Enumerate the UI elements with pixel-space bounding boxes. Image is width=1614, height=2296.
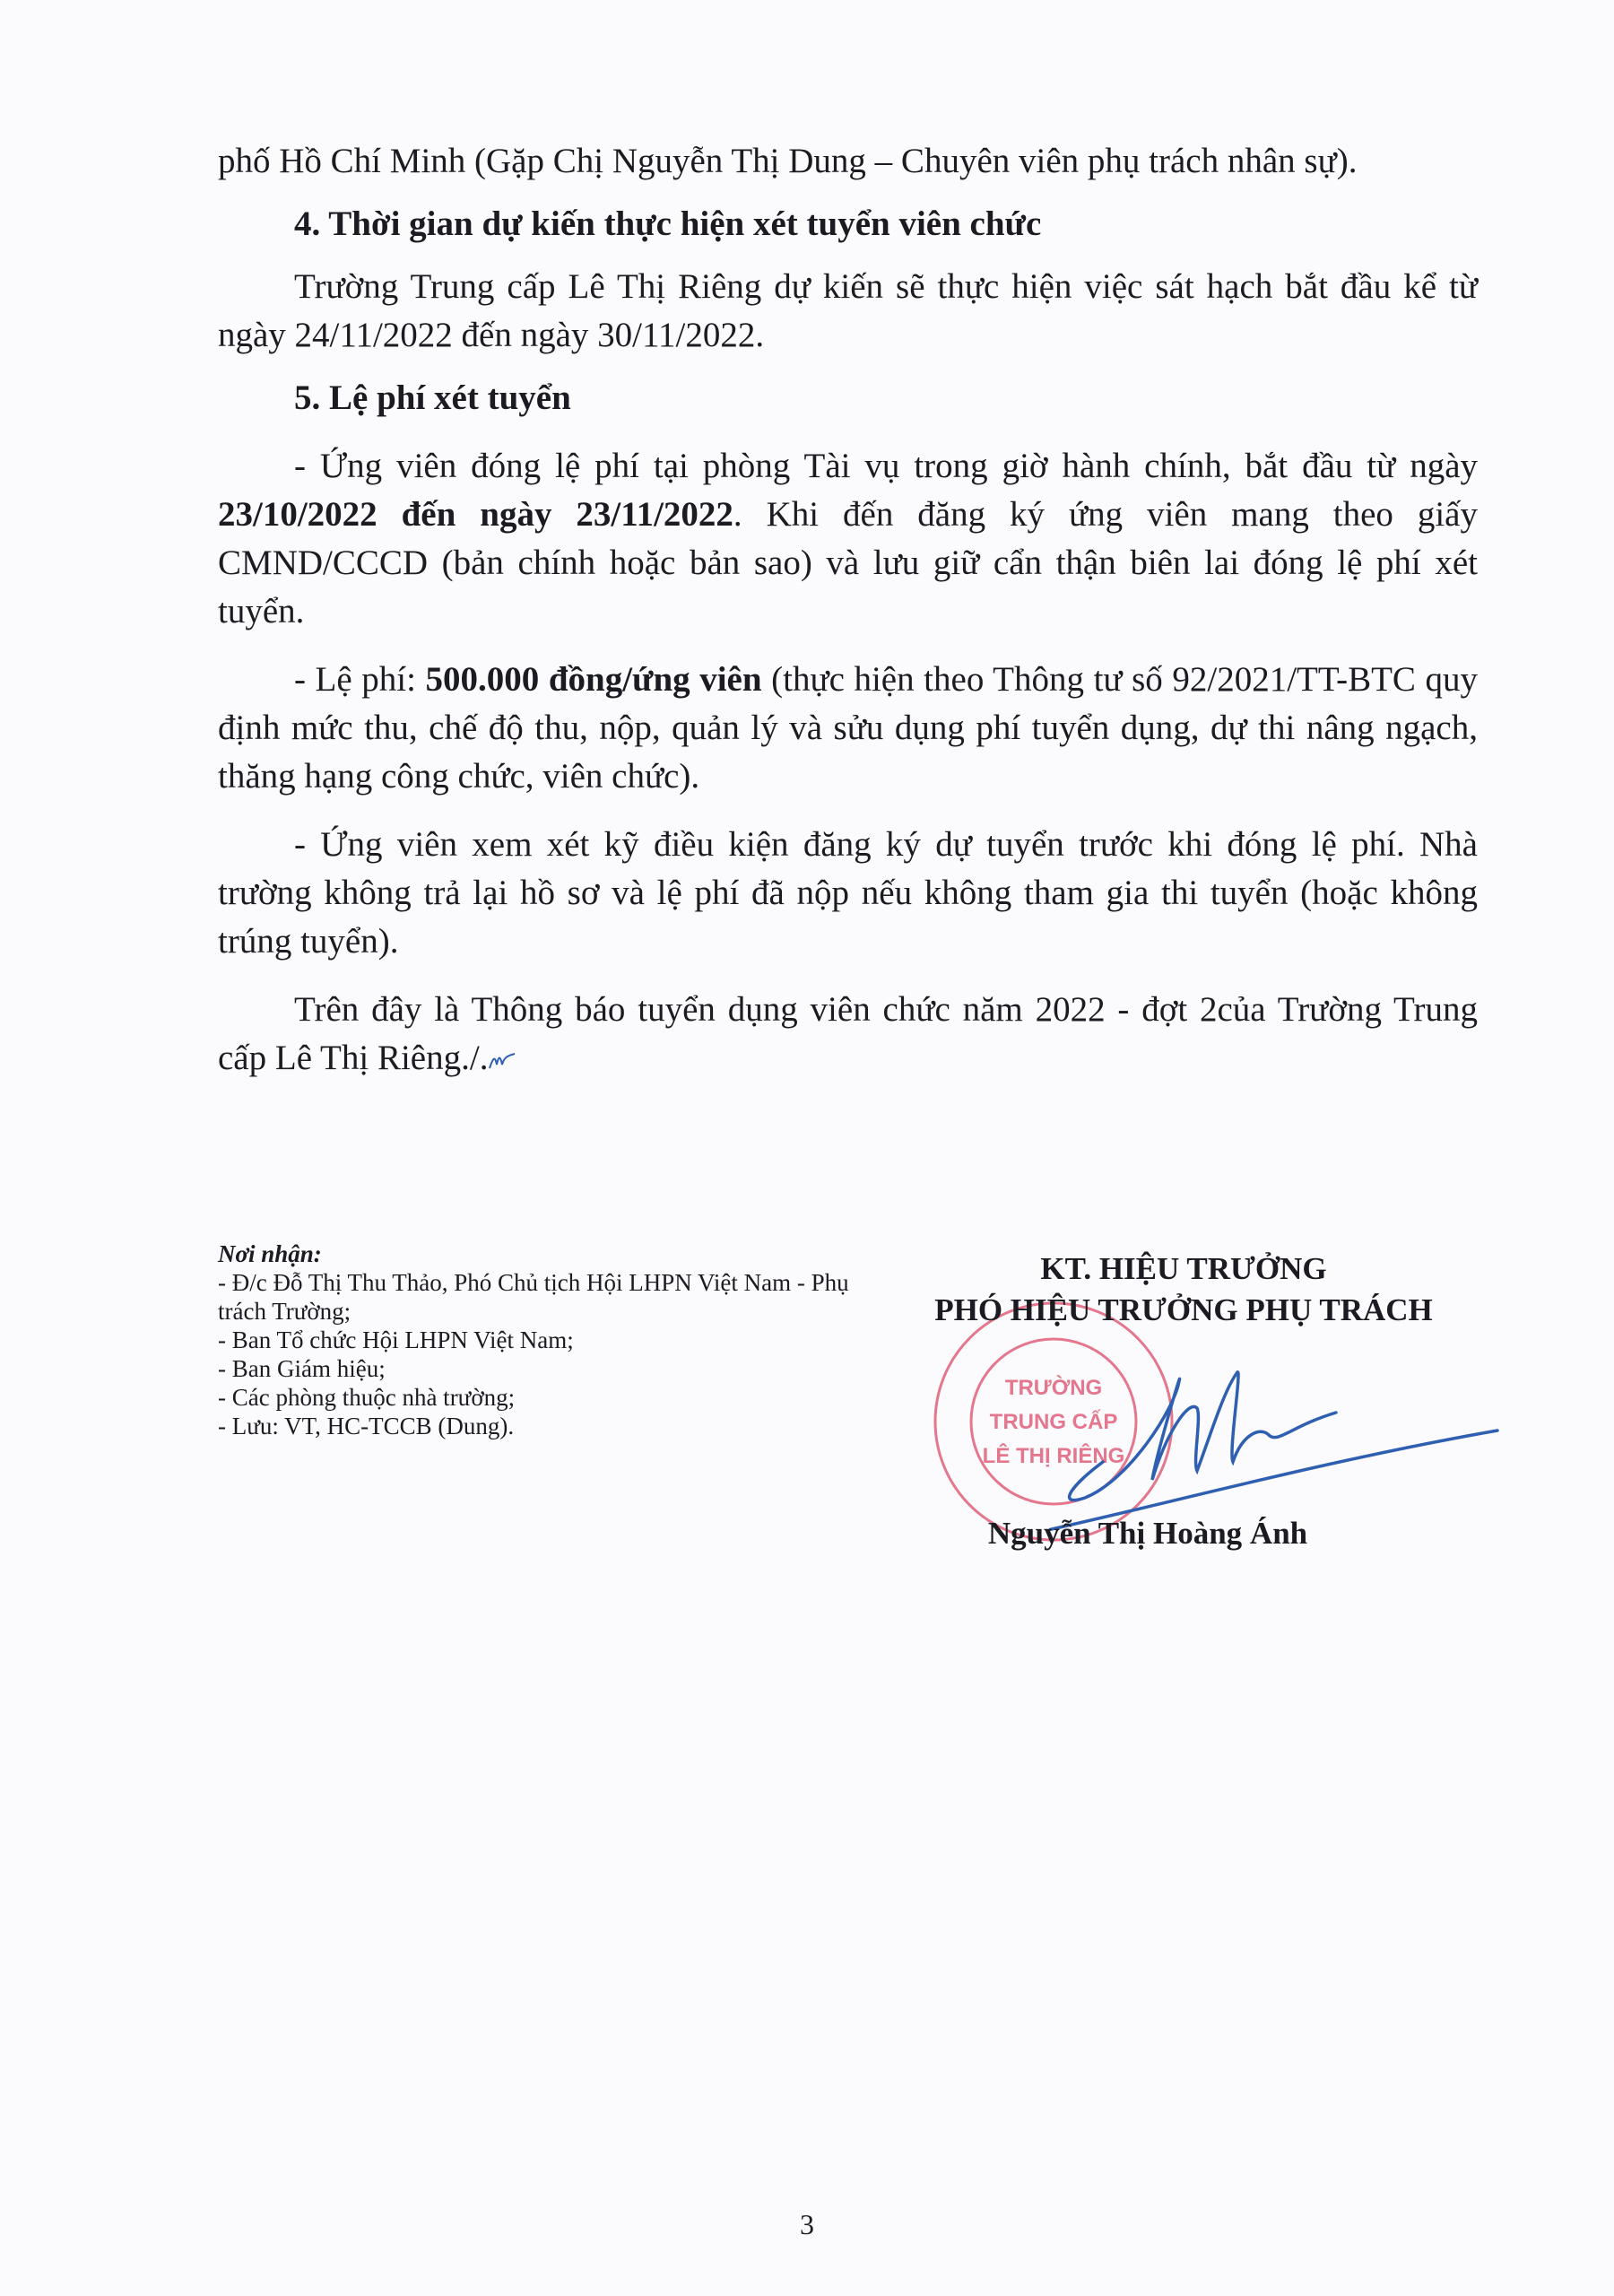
document-body: phố Hồ Chí Minh (Gặp Chị Nguyễn Thị Dung…	[218, 137, 1478, 1083]
continuation-paragraph: phố Hồ Chí Minh (Gặp Chị Nguyễn Thị Dung…	[218, 137, 1478, 186]
page-number: 3	[0, 2208, 1614, 2241]
signature-title-line1: KT. HIỆU TRƯỞNG	[861, 1248, 1506, 1290]
signature-title-line2: PHÓ HIỆU TRƯỞNG PHỤ TRÁCH	[861, 1290, 1506, 1331]
fee-notice-paragraph: - Ứng viên xem xét kỹ điều kiện đăng ký …	[218, 821, 1478, 966]
recipient-item: - Ban Tổ chức Hội LHPN Việt Nam;	[218, 1326, 863, 1354]
section-4-text: Trường Trung cấp Lê Thị Riêng dự kiến sẽ…	[218, 263, 1478, 360]
section-5-heading: 5. Lệ phí xét tuyển	[218, 374, 1478, 422]
fee-amount: 500.000 đồng/ứng viên	[426, 660, 762, 699]
section-4-heading: 4. Thời gian dự kiến thực hiện xét tuyển…	[218, 200, 1478, 248]
recipient-item: - Đ/c Đỗ Thị Thu Thảo, Phó Chủ tịch Hội …	[218, 1268, 863, 1326]
initials-mark-icon	[488, 1050, 518, 1072]
fee-payment-paragraph: - Ứng viên đóng lệ phí tại phòng Tài vụ …	[218, 442, 1478, 636]
fee-amount-paragraph: - Lệ phí: 500.000 đồng/ứng viên (thực hi…	[218, 656, 1478, 801]
fee-period: 23/10/2022 đến ngày 23/11/2022	[218, 495, 733, 534]
recipient-item: - Các phòng thuộc nhà trường;	[218, 1383, 863, 1412]
recipient-item: - Lưu: VT, HC-TCCB (Dung).	[218, 1412, 863, 1440]
signer-name: Nguyễn Thị Hoàng Ánh	[861, 1516, 1435, 1552]
recipients-block: Nơi nhận: - Đ/c Đỗ Thị Thu Thảo, Phó Chủ…	[218, 1239, 863, 1440]
recipients-title: Nơi nhận:	[218, 1239, 863, 1268]
recipient-item: - Ban Giám hiệu;	[218, 1354, 863, 1383]
signature-title-block: KT. HIỆU TRƯỞNG PHÓ HIỆU TRƯỞNG PHỤ TRÁC…	[861, 1248, 1506, 1331]
closing-paragraph: Trên đây là Thông báo tuyển dụng viên ch…	[218, 986, 1478, 1083]
